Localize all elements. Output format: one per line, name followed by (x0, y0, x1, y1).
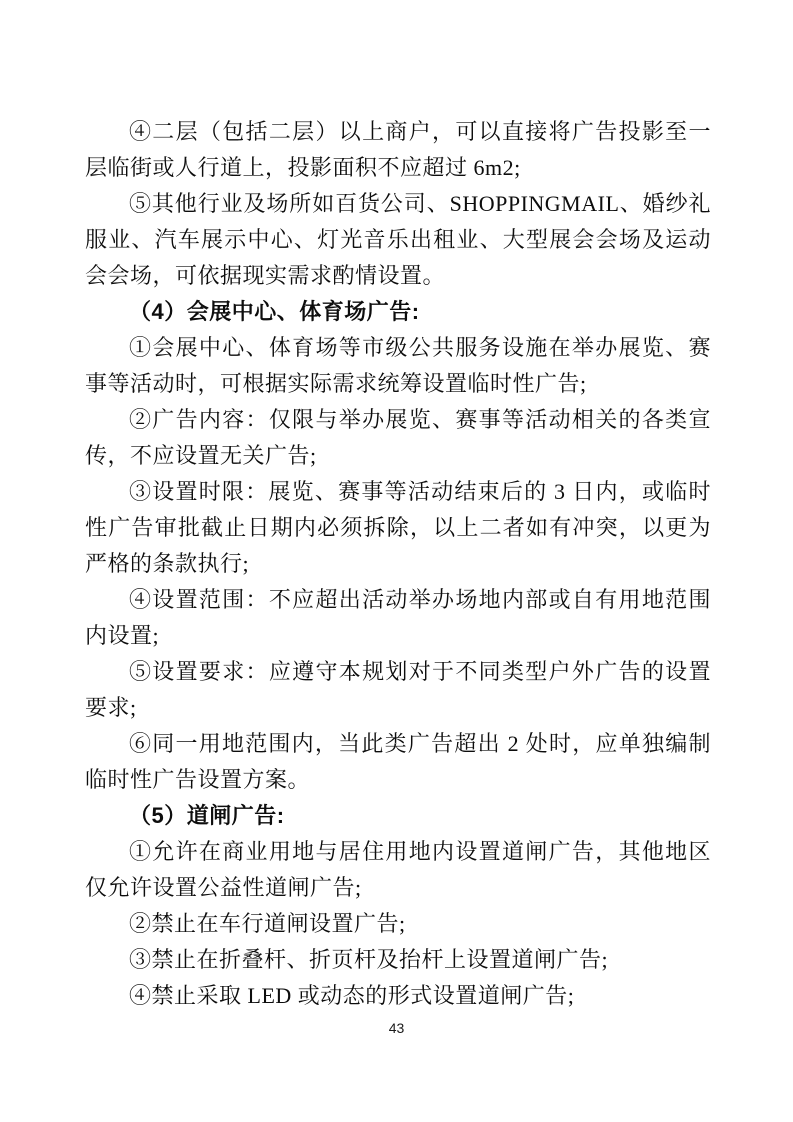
page-number: 43 (0, 1020, 793, 1036)
section-heading-barrier-gate-ads: （5）道闸广告: (85, 798, 711, 834)
paragraph-other-industries: ⑤其他行业及场所如百货公司、SHOPPINGMAIL、婚纱礼服业、汽车展示中心、… (85, 186, 711, 294)
paragraph-exhibition-item-6: ⑥同一用地范围内，当此类广告超出 2 处时，应单独编制临时性广告设置方案。 (85, 726, 711, 798)
paragraph-projection-rule: ④二层（包括二层）以上商户，可以直接将广告投影至一层临街或人行道上，投影面积不应… (85, 114, 711, 186)
paragraph-barrier-item-3: ③禁止在折叠杆、折页杆及抬杆上设置道闸广告; (85, 942, 711, 978)
paragraph-exhibition-item-5: ⑤设置要求：应遵守本规划对于不同类型户外广告的设置要求; (85, 654, 711, 726)
paragraph-barrier-item-4: ④禁止采取 LED 或动态的形式设置道闸广告; (85, 978, 711, 1014)
paragraph-exhibition-item-3: ③设置时限：展览、赛事等活动结束后的 3 日内，或临时性广告审批截止日期内必须拆… (85, 474, 711, 582)
paragraph-barrier-item-1: ①允许在商业用地与居住用地内设置道闸广告，其他地区仅允许设置公益性道闸广告; (85, 834, 711, 906)
section-heading-exhibition-ads: （4）会展中心、体育场广告: (85, 294, 711, 330)
paragraph-barrier-item-2: ②禁止在车行道闸设置广告; (85, 906, 711, 942)
paragraph-exhibition-item-4: ④设置范围：不应超出活动举办场地内部或自有用地范围内设置; (85, 582, 711, 654)
paragraph-exhibition-item-2: ②广告内容：仅限与举办展览、赛事等活动相关的各类宣传，不应设置无关广告; (85, 402, 711, 474)
paragraph-exhibition-item-1: ①会展中心、体育场等市级公共服务设施在举办展览、赛事等活动时，可根据实际需求统筹… (85, 330, 711, 402)
document-page: ④二层（包括二层）以上商户，可以直接将广告投影至一层临街或人行道上，投影面积不应… (0, 0, 793, 1122)
document-content: ④二层（包括二层）以上商户，可以直接将广告投影至一层临街或人行道上，投影面积不应… (85, 114, 711, 1014)
